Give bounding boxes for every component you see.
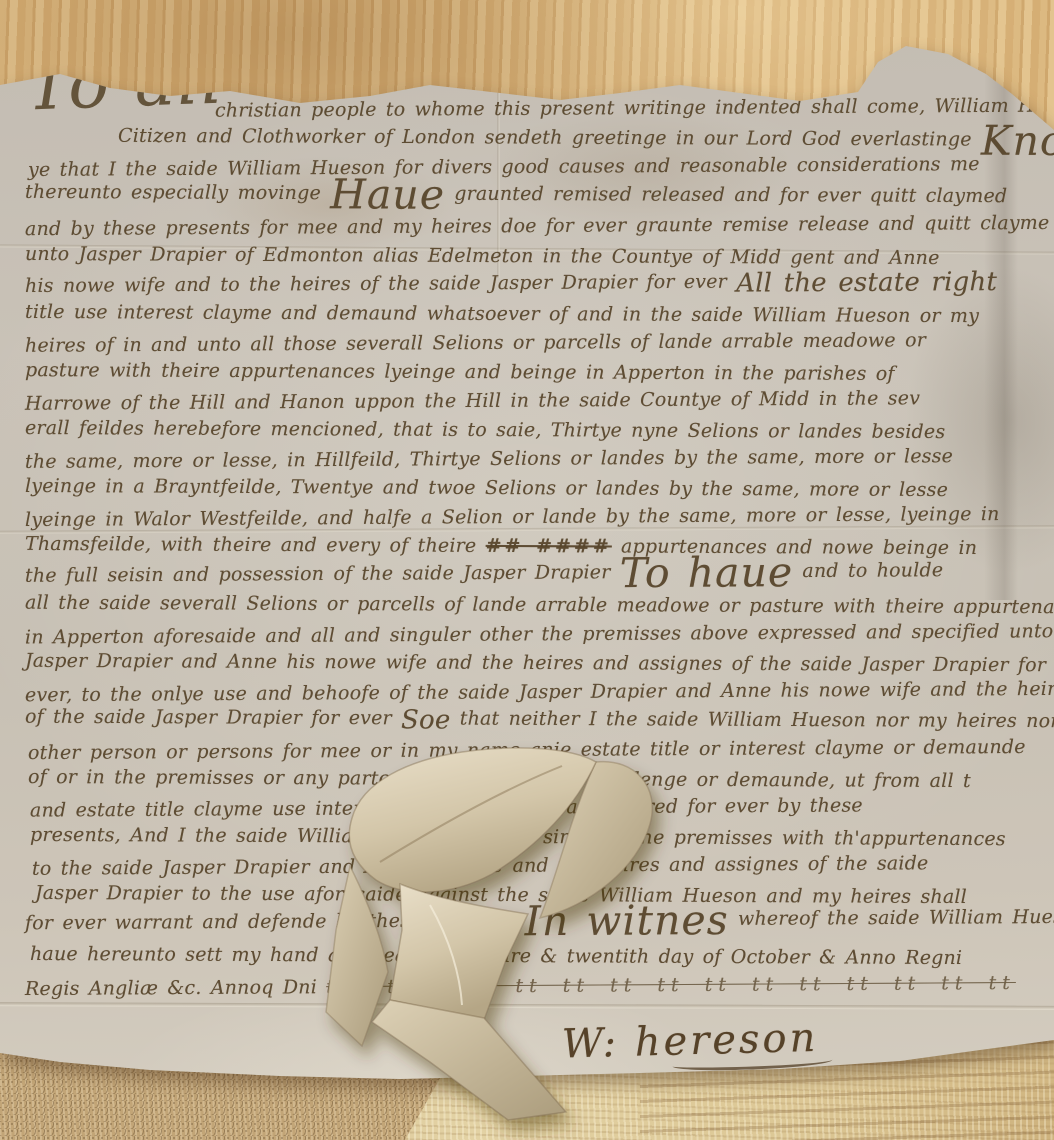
manuscript-text-segment: Regis Angliæ &c. Annoq Dni xyxy=(25,976,326,1000)
manuscript-line: lyeinge in a Brayntfeilde, Twentye and t… xyxy=(25,475,948,501)
manuscript-text-segment: ye that I the saide William Hueson for d… xyxy=(28,153,980,181)
manuscript-line: to the saide Jasper Drapier and Anne his… xyxy=(32,852,929,879)
manuscript-line: in Apperton aforesaide and all and singu… xyxy=(25,620,1054,649)
manuscript-line: Thamsfeilde, with theire and every of th… xyxy=(25,533,977,559)
manuscript-line: ye that I the saide William Hueson for d… xyxy=(28,153,980,181)
manuscript-text-segment: Jasper Drapier and Anne his nowe wife an… xyxy=(25,650,1046,676)
manuscript-text-segment: Harrowe of the Hill and Hanon uppon the … xyxy=(25,387,920,414)
parchment-wrap: 2 To all christian people to whome this … xyxy=(0,0,1054,1140)
signature: W: hereson xyxy=(561,1014,832,1074)
manuscript-text-segment: Knowe xyxy=(981,117,1054,166)
manuscript-text-segment: haue hereunto sett my hand and seale thi… xyxy=(30,943,962,969)
manuscript-text-segment: and to houlde xyxy=(793,559,943,582)
manuscript-line: ever, to the onlye use and behoofe of th… xyxy=(25,678,1054,706)
manuscript-text-segment: of the saide Jasper Drapier for ever xyxy=(25,706,401,730)
opening-initial-words: To all xyxy=(25,41,226,127)
manuscript-text-segment: heires of in and unto all those severall… xyxy=(25,329,926,357)
manuscript-line: and estate title clayme use interest, to… xyxy=(30,794,863,821)
manuscript-line: Harrowe of the Hill and Hanon uppon the … xyxy=(25,387,920,414)
manuscript-text-segment: in Apperton aforesaide and all and singu… xyxy=(25,620,1054,649)
manuscript-text-segment: Haue xyxy=(330,170,445,219)
manuscript-text-segment: Soe xyxy=(401,705,451,735)
line-filler-marks: tt tt tt tt tt tt tt tt tt tt tt tt tt t… xyxy=(326,972,1016,998)
manuscript-line: and by these presents for mee and my hei… xyxy=(25,212,1050,240)
manuscript-line: heires of in and unto all those severall… xyxy=(25,329,926,357)
manuscript-text-segment: All the estate right xyxy=(736,267,997,299)
manuscript-line: erall feildes herebefore mencioned, that… xyxy=(25,417,945,443)
manuscript-text-segment: Jasper Drapier to the use aforesaide aga… xyxy=(35,882,967,908)
manuscript-text-segment: graunted remised released and for ever q… xyxy=(445,183,1007,207)
manuscript-line: all the saide severall Selions or parcel… xyxy=(25,592,1054,619)
manuscript-text-segment: to the saide Jasper Drapier and Anne his… xyxy=(32,852,929,879)
manuscript-text-segment: whereof the saide William Hueson xyxy=(729,906,1054,930)
manuscript-text-segment: Thamsfeilde, with theire and every of th… xyxy=(25,533,486,557)
manuscript-line: the full seisin and possession of the sa… xyxy=(25,559,943,587)
manuscript-line: thereunto especially movinge Haue graunt… xyxy=(25,181,1007,207)
manuscript-text-segment: unto Jasper Drapier of Edmonton alias Ed… xyxy=(25,243,940,269)
manuscript-text-segment: lyeinge in a Brayntfeilde, Twentye and t… xyxy=(25,475,948,501)
manuscript-line: haue hereunto sett my hand and seale thi… xyxy=(30,943,962,969)
manuscript-text-segment: In witnes xyxy=(525,896,729,945)
manuscript-line: for ever warrant and defende by these pr… xyxy=(25,906,1054,934)
signature-text: W: hereson xyxy=(561,1015,819,1068)
manuscript-text-segment: christian people to whome this present w… xyxy=(215,94,1054,121)
plica-fold-crease xyxy=(0,1002,1054,1010)
manuscript-text-segment: ever, to the onlye use and behoofe of th… xyxy=(25,678,1054,706)
manuscript-text-segment: To haue xyxy=(620,548,794,597)
manuscript-text-segment: and estate title clayme use interest, to… xyxy=(30,794,863,821)
manuscript-text-segment: all the saide severall Selions or parcel… xyxy=(25,592,1054,619)
manuscript-line: of the saide Jasper Drapier for ever Soe… xyxy=(25,706,1054,733)
manuscript-text-segment: of or in the premisses or any parte ther… xyxy=(28,766,971,792)
manuscript-text-segment: for ever warrant and defende by these pr… xyxy=(25,909,525,934)
manuscript-line: Jasper Drapier to the use aforesaide aga… xyxy=(35,882,967,908)
manuscript-text-segment: title use interest clayme and demaund wh… xyxy=(25,301,979,327)
manuscript-line: his nowe wife and to the heires of the s… xyxy=(25,269,997,297)
manuscript-line: unto Jasper Drapier of Edmonton alias Ed… xyxy=(25,243,940,269)
manuscript-line: the same, more or lesse, in Hillfeild, T… xyxy=(25,445,953,473)
manuscript-line: other person or persons for mee or in my… xyxy=(28,736,1026,764)
manuscript-text-segment: erall feildes herebefore mencioned, that… xyxy=(25,417,945,443)
manuscript-line: presents, And I the saide William Hueson… xyxy=(30,824,1006,850)
manuscript-text-segment: thereunto especially movinge xyxy=(25,181,330,204)
manuscript-line: title use interest clayme and demaund wh… xyxy=(25,301,979,327)
manuscript-line: Citizen and Clothworker of London sendet… xyxy=(118,125,1054,151)
manuscript-line: christian people to whome this present w… xyxy=(215,94,1054,121)
manuscript-text-segment: that neither I the saide William Hueson … xyxy=(450,708,1054,733)
manuscript-text-segment: the same, more or lesse, in Hillfeild, T… xyxy=(25,445,953,473)
manuscript-text-segment: ## #### xyxy=(486,535,612,558)
manuscript-text-segment: his nowe wife and to the heires of the s… xyxy=(25,271,736,297)
manuscript-text-segment: Citizen and Clothworker of London sendet… xyxy=(118,125,981,151)
folio-number: 2 xyxy=(96,24,115,59)
photo-of-indenture: 2 To all christian people to whome this … xyxy=(0,0,1054,1140)
manuscript-line: Jasper Drapier and Anne his nowe wife an… xyxy=(25,650,1046,676)
manuscript-text-segment: other person or persons for mee or in my… xyxy=(28,736,1026,764)
parchment-document: 2 To all christian people to whome this … xyxy=(0,0,1054,1140)
manuscript-text-segment: the full seisin and possession of the sa… xyxy=(25,561,620,587)
manuscript-text-segment: and by these presents for mee and my hei… xyxy=(25,212,1050,240)
manuscript-line: of or in the premisses or any parte ther… xyxy=(28,766,971,792)
manuscript-line: pasture with theire appurtenances lyeing… xyxy=(25,359,895,385)
manuscript-line: Regis Angliæ &c. Annoq Dni tt tt tt tt t… xyxy=(25,972,1016,1000)
manuscript-text-segment: pasture with theire appurtenances lyeing… xyxy=(25,359,895,385)
manuscript-text-segment: presents, And I the saide William Hueson… xyxy=(30,824,1006,850)
